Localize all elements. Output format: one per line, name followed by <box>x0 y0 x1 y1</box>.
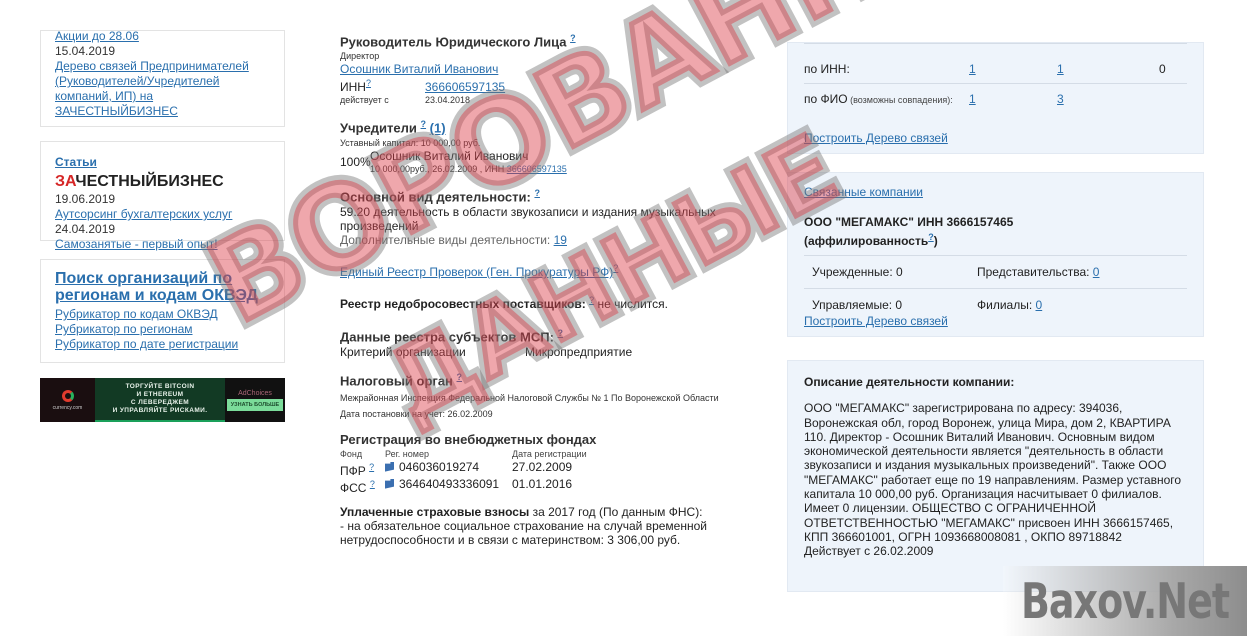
ad-cta[interactable]: AdChoices УЗНАТЬ БОЛЬШЕ <box>225 378 285 422</box>
related-companies-panel: Связанные компании ООО "МЕГАМАКС" ИНН 36… <box>787 172 1204 337</box>
ad-banner[interactable]: currency.com ТОРГУЙТЕ BITCOIN И ETHEREUM… <box>40 378 285 422</box>
article-link[interactable]: Самозанятые - первый опыт! <box>55 237 218 251</box>
founder-row: 100% Осошник Виталий Иванович 10 000,00р… <box>340 149 740 175</box>
help-icon[interactable]: ? <box>589 295 594 305</box>
founders-count-link[interactable]: (1) <box>430 121 446 136</box>
tax-section: Налоговый орган ? Межрайонная Инспекция … <box>340 369 740 421</box>
help-icon[interactable]: ? <box>613 263 618 273</box>
news-date: 15.04.2019 <box>55 44 270 59</box>
founder-name: Осошник Виталий Иванович <box>370 149 567 163</box>
help-icon[interactable]: ? <box>558 328 564 338</box>
company-details: Руководитель Юридического Лица ? Директо… <box>340 30 740 557</box>
table-row: ФСС ? <box>340 478 385 495</box>
currency-logo-icon <box>62 390 74 402</box>
extra-activities: Дополнительные виды деятельности: 19 <box>340 233 740 247</box>
ad-learn-more-button[interactable]: УЗНАТЬ БОЛЬШЕ <box>227 399 283 411</box>
director-section: Руководитель Юридического Лица ? Директо… <box>340 30 740 106</box>
tax-registration-date: Дата постановки на учет: 26.02.2009 <box>340 406 740 422</box>
inspections-section: Единый Реестр Проверок (Ген. Прокуратуры… <box>340 261 740 279</box>
extra-activities-link[interactable]: 19 <box>554 233 567 247</box>
related-companies-link[interactable]: Связанные компании <box>804 185 923 199</box>
rubricator-date-link[interactable]: Рубрикатор по дате регистрации <box>55 337 270 352</box>
fio-count-link[interactable]: 3 <box>1057 92 1159 129</box>
branches-link[interactable]: 0 <box>1036 298 1043 312</box>
company-name: ООО "МЕГАМАКС" ИНН 3666157465 (аффилиров… <box>804 215 1187 249</box>
unfair-suppliers-section: Реестр недобросовестных поставщиков: ? н… <box>340 293 740 311</box>
help-icon[interactable]: ? <box>370 479 375 489</box>
funds-table: ФондРег. номерДата регистрации ПФР ? 046… <box>340 448 740 495</box>
founder-share: 100% <box>340 155 370 169</box>
table-row: Учрежденные: 0 Представительства: 0 <box>804 255 1187 288</box>
description-text: ООО "МЕГАМАКС" зарегистрирована по адрес… <box>804 401 1187 544</box>
promo-box: Акции до 28.06 15.04.2019 Дерево связей … <box>40 30 285 127</box>
main-activity: 59.20 деятельность в области звукозаписи… <box>340 205 740 233</box>
articles-title: Статьи ЗАЧЕСТНЫЙБИЗНЕС <box>55 152 270 192</box>
activity-heading: Основной вид деятельности: ? <box>340 185 740 205</box>
inn-count-link[interactable]: 1 <box>1057 62 1159 83</box>
org-search-title-link[interactable]: Поиск организаций по регионам и кодам ОК… <box>55 270 270 304</box>
fio-count-link[interactable]: 1 <box>969 92 1057 129</box>
articles-box: Статьи ЗАЧЕСТНЫЙБИЗНЕС 19.06.2019 Аутсор… <box>40 141 285 241</box>
description-panel: Описание деятельности компании: ООО "МЕГ… <box>787 360 1204 592</box>
msp-heading: Данные реестра субъектов МСП: ? <box>340 325 740 345</box>
ad-message: ТОРГУЙТЕ BITCOIN И ETHEREUM С ЛЕВЕРЕДЖЕМ… <box>95 378 225 422</box>
description-since: Действует с 26.02.2009 <box>804 544 1187 558</box>
tax-office-name: Межрайонная Инспекция Федеральной Налого… <box>340 390 730 406</box>
insurance-section: Уплаченные страховые взносы за 2017 год … <box>340 505 720 547</box>
help-icon[interactable]: ? <box>534 188 540 198</box>
article-date: 19.06.2019 <box>55 192 270 207</box>
help-icon[interactable]: ? <box>421 119 427 129</box>
table-row: по ФИО (возможны совпадения): 1 3 <box>804 83 1187 129</box>
founders-heading: Учредители ? (1) <box>340 116 740 136</box>
article-link[interactable]: Аутсорсинг бухгалтерских услуг <box>55 207 232 221</box>
msp-section: Данные реестра субъектов МСП: ? Критерий… <box>340 325 740 359</box>
tax-heading: Налоговый орган ? <box>340 369 740 389</box>
description-title: Описание деятельности компании: <box>804 375 1187 389</box>
rubricator-okved-link[interactable]: Рубрикатор по кодам ОКВЭД <box>55 307 270 322</box>
relations-tree-link[interactable]: Дерево связей Предпринимателей (Руководи… <box>55 59 249 118</box>
help-icon[interactable]: ? <box>369 462 374 472</box>
director-inn-link[interactable]: 366606597135 <box>425 80 505 94</box>
promo-link[interactable]: Акции до 28.06 <box>55 29 270 44</box>
director-since-row: действует с23.04.2018 <box>340 94 740 106</box>
inspections-registry-link[interactable]: Единый Реестр Проверок (Ген. Прокуратуры… <box>340 265 613 279</box>
help-icon[interactable]: ? <box>366 78 371 88</box>
inn-count-link[interactable]: 1 <box>969 62 1057 83</box>
ad-logo: currency.com <box>40 378 95 422</box>
charter-capital: Уставный капитал: 10 000,00 руб. <box>340 137 740 149</box>
adchoices-label[interactable]: AdChoices <box>238 390 272 397</box>
build-tree-link[interactable]: Построить Дерево связей <box>804 131 948 145</box>
table-row: Управляемые: 0 Филиалы: 0 <box>804 288 1187 314</box>
rubricator-regions-link[interactable]: Рубрикатор по регионам <box>55 322 270 337</box>
director-name-link[interactable]: Осошник Виталий Иванович <box>340 62 498 76</box>
founders-section: Учредители ? (1) Уставный капитал: 10 00… <box>340 116 740 174</box>
help-icon[interactable]: ? <box>570 33 576 43</box>
activity-section: Основной вид деятельности: ? 59.20 деяте… <box>340 185 740 247</box>
funds-section: Регистрация во внебюджетных фондах ФондР… <box>340 432 740 495</box>
articles-title-link[interactable]: Статьи <box>55 155 97 169</box>
build-tree-link[interactable]: Построить Дерево связей <box>804 314 948 328</box>
copy-icon[interactable] <box>385 479 394 489</box>
director-heading: Руководитель Юридического Лица ? <box>340 30 740 50</box>
relations-panel: по ИНН: 1 1 0 по ФИО (возможны совпадени… <box>787 42 1204 154</box>
director-position: Директор <box>340 50 740 62</box>
representations-link[interactable]: 0 <box>1093 265 1100 279</box>
site-watermark: Baxov.Net <box>1003 566 1247 636</box>
copy-icon[interactable] <box>385 462 394 472</box>
insurance-line: - на обязательное социальное страхование… <box>340 519 720 547</box>
help-icon[interactable]: ? <box>457 372 463 382</box>
table-row: по ИНН: 1 1 0 <box>804 43 1187 83</box>
funds-heading: Регистрация во внебюджетных фондах <box>340 432 740 448</box>
founder-inn-link[interactable]: 366606597135 <box>507 164 567 174</box>
table-row: ПФР ? <box>340 461 385 478</box>
article-date: 24.04.2019 <box>55 222 270 237</box>
org-search-box: Поиск организаций по регионам и кодам ОК… <box>40 259 285 363</box>
director-inn-row: ИНН? 366606597135 <box>340 76 740 94</box>
